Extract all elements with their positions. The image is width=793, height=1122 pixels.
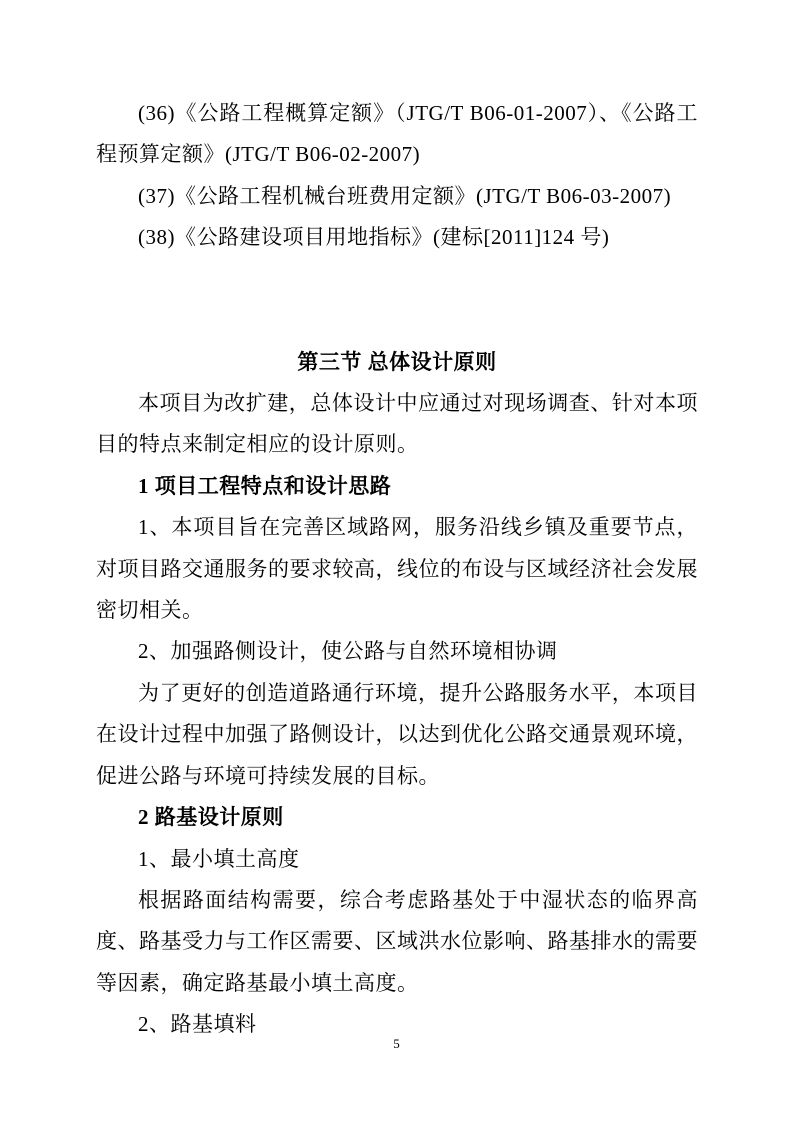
document-page: (36)《公路工程概算定额》（JTG/T B06-01-2007）、《公路工程预… xyxy=(0,0,793,1122)
document-body: (36)《公路工程概算定额》（JTG/T B06-01-2007）、《公路工程预… xyxy=(96,93,698,1046)
subsection-1-item-2-detail: 为了更好的创造道路通行环境，提升公路服务水平，本项目在设计过程中加强了路侧设计，… xyxy=(96,673,698,797)
reference-item-38: (38)《公路建设项目用地指标》(建标[2011]124 号) xyxy=(96,217,698,258)
section-heading: 第三节 总体设计原则 xyxy=(96,342,698,383)
subsection-1-item-1: 1、本项目旨在完善区域路网，服务沿线乡镇及重要节点，对项目路交通服务的要求较高，… xyxy=(96,507,698,631)
subsection-2-item-1: 1、最小填土高度 xyxy=(96,839,698,880)
subsection-2-heading: 2 路基设计原则 xyxy=(96,797,698,838)
subsection-2-item-1-detail: 根据路面结构需要，综合考虑路基处于中湿状态的临界高度、路基受力与工作区需要、区域… xyxy=(96,880,698,1004)
reference-item-36: (36)《公路工程概算定额》（JTG/T B06-01-2007）、《公路工程预… xyxy=(96,93,698,176)
subsection-1-item-2: 2、加强路侧设计，使公路与自然环境相协调 xyxy=(96,631,698,672)
reference-item-37: (37)《公路工程机械台班费用定额》(JTG/T B06-03-2007) xyxy=(96,176,698,217)
page-number: 5 xyxy=(0,1035,793,1053)
section-intro-paragraph: 本项目为改扩建，总体设计中应通过对现场调查、针对本项目的特点来制定相应的设计原则… xyxy=(96,383,698,466)
subsection-1-heading: 1 项目工程特点和设计思路 xyxy=(96,466,698,507)
